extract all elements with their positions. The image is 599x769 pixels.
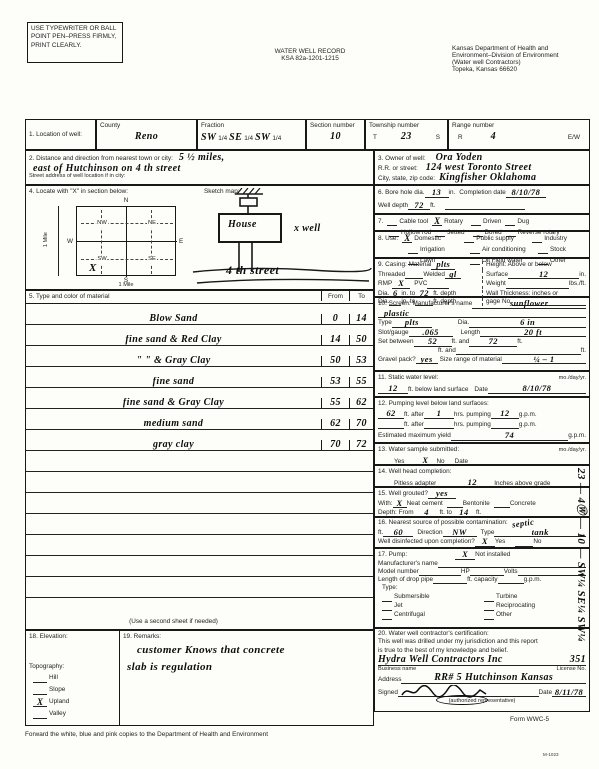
material-footnote-row: (Use a second sheet if needed) (26, 598, 373, 630)
s2-distance-value: 5 ½ miles, (179, 153, 225, 163)
material-desc: medium sand (26, 419, 321, 429)
range-r: R (458, 134, 463, 142)
material-row-empty (26, 514, 373, 535)
grid-dash (81, 259, 173, 260)
screen-mfg-value2: plastic (378, 309, 508, 319)
gravel-value: yes (416, 355, 438, 365)
checkbox-stock (538, 245, 548, 254)
license-label: License No. (556, 666, 586, 673)
margin-legal-description: 23 — 4Ⓦ — 10 — SW¼ SE¼ SW¼ (575, 468, 586, 642)
s6-in: in. (449, 189, 456, 197)
address-label: Address (378, 676, 401, 684)
option-label: Valley (49, 710, 66, 718)
date-label: Date (474, 386, 488, 394)
checkbox-upland: X (33, 698, 47, 707)
s11-label: 11. Static water level: (378, 374, 438, 382)
section-5-material-table: 5. Type and color of material From To Bl… (25, 290, 374, 630)
mile-bottom-label: 1 Mile (70, 282, 182, 289)
checkbox-domestic: X (402, 234, 412, 243)
option-label: Jet (394, 602, 480, 610)
material-row: gray clay7072 (26, 430, 373, 451)
mile-left-label: 1 Mile (43, 232, 50, 247)
disinfected-label: Well disinfected upon completion? (378, 538, 475, 546)
contamination-distance-value: 60 (383, 528, 413, 538)
county-value: Reno (100, 132, 193, 142)
checkbox-irrigation (408, 245, 418, 254)
s5-note: (Use a second sheet if needed) (26, 618, 321, 630)
print-code: M-1023 (543, 752, 559, 757)
gravel-label: Gravel pack? (378, 356, 416, 364)
license-value: 351 (570, 655, 586, 665)
agency-line: Topeka, Kansas 66620 (452, 66, 559, 73)
s3-label: 3. Owner of well: (378, 155, 426, 163)
bore-dia-value: 13 (425, 188, 449, 198)
static-level-value: 12 (378, 384, 408, 394)
checkbox-other-pump (484, 611, 494, 620)
max-yield-value: 74 (451, 431, 568, 441)
option-label: Driven (483, 218, 501, 226)
instruction-line: POINT PEN–PRESS FIRMLY, (31, 33, 119, 41)
option-label: Irrigation (420, 246, 466, 254)
cell-township: Township number T 23 S (365, 119, 448, 150)
with-label: With: (378, 500, 393, 508)
pump-type-label: Type: (382, 584, 586, 592)
business-name-value: Hydra Well Contractors Inc (378, 655, 503, 665)
well-depth-label: Well depth (378, 202, 408, 210)
mile-scale-vertical (58, 206, 59, 276)
welded-value: gl (445, 270, 461, 280)
material-desc: " " & Gray Clay (26, 356, 321, 366)
section-8-use: 8. Use: XDomestic Public supply Industry… (374, 231, 590, 258)
below-label: ft. below land surface (408, 386, 468, 394)
section-13-water-sample: 13. Water sample submitted:mo./day/yr. Y… (374, 443, 590, 465)
blank-line (378, 428, 404, 429)
ft-label: ft. (517, 338, 522, 346)
s2-label: 2. Distance and direction from nearest t… (29, 155, 173, 163)
section-9-casing: 9. Casing: Materialplts Height: Above or… (374, 258, 590, 297)
section-grid: NW NE SW SE X (76, 206, 176, 276)
checkbox-slope (33, 686, 47, 695)
option-label: Reciprocating (496, 602, 535, 610)
compass-n: N (76, 197, 176, 205)
remarks-line1: customer Knows that concrete (137, 645, 370, 656)
ft-label: ft. (581, 347, 586, 355)
material-row: medium sand6270 (26, 409, 373, 430)
township-s: S (436, 134, 440, 142)
completion-date-value: 8/10/78 (506, 188, 546, 198)
range-label: Range number (452, 122, 586, 130)
blank-line (506, 288, 569, 289)
from-header: From (321, 291, 349, 301)
s8-label: 8. Use: (378, 235, 398, 243)
to-header: To (349, 291, 373, 301)
compass-e: E (179, 238, 183, 246)
agency-block: Kansas Department of Health and Environm… (452, 45, 559, 73)
address-value: RR# 5 Hutchinson Kansas (401, 673, 586, 684)
option-label: Rotary (444, 218, 463, 226)
ftand-label: ft. and (452, 338, 470, 346)
screen-mfg-value: sunflower (472, 299, 586, 309)
s9-label: 9. Casing: (378, 261, 407, 269)
option-label: Public supply (476, 235, 528, 243)
well-depth-value: 72 (408, 201, 430, 211)
sketch-map-drawing (191, 188, 373, 284)
after-label: ft. after (404, 411, 424, 419)
quarter-label: 1/4 (272, 135, 281, 143)
fraction-label: Fraction (201, 122, 302, 130)
certification-date-value: 8/11/78 (552, 688, 586, 698)
agency-line: Environment–Division of Environment (452, 52, 559, 59)
yes-label: Yes (495, 538, 505, 546)
drop-pipe-label: Length of drop pipe (378, 576, 433, 584)
form-statute: KSA 82a-1201-1215 (225, 55, 395, 62)
checkbox-submersible (382, 593, 392, 602)
section-18-elevation: 18. Elevation: Topography: Hill Slope XU… (25, 630, 120, 726)
material-to: 72 (349, 440, 373, 450)
material-from: 0 (321, 314, 349, 324)
option-label: Slope (49, 686, 65, 694)
material-row: Blow Sand014 (26, 304, 373, 325)
county-label: County (100, 122, 193, 130)
form-number: Form WWC-5 (510, 716, 549, 723)
dia-label: Dia. (458, 319, 469, 327)
city-value: Kingfisher Oklahoma (439, 173, 536, 183)
s12-label: 12. Pumping level below land surfaces: (378, 400, 586, 408)
s1-label: 1. Location of well: (29, 131, 82, 138)
instruction-line: USE TYPEWRITER OR BALL (31, 25, 119, 33)
mdy-label: mo./day/yr. (559, 375, 586, 382)
material-row-empty (26, 451, 373, 472)
section-4-locate: 4. Locate with "X" in section below: Ske… (25, 185, 374, 290)
section-15-grouted: 15. Well grouted?yes With:XNeat cementBe… (374, 487, 590, 517)
material-to: 53 (349, 356, 373, 366)
s9-in: in. (579, 271, 586, 279)
material-row-empty (26, 556, 373, 577)
agency-line: (Water well Contractors) (452, 59, 559, 66)
material-desc: gray clay (26, 440, 321, 450)
option-label: Industry (544, 235, 567, 243)
pumping-label: hrs. pumping (454, 411, 491, 419)
remarks-line2: slab is regulation (127, 662, 370, 673)
section-3-owner: 3. Owner of well:Ora Yoden R.R. or stree… (374, 150, 590, 185)
blank-line (515, 546, 533, 547)
quad-se: SE (147, 256, 157, 264)
hp-label: HP (461, 568, 470, 576)
checkbox-rotary: X (432, 217, 442, 226)
no-label: No (533, 538, 541, 546)
quad-nw: NW (96, 220, 108, 228)
sketch-house-label: House (228, 220, 257, 230)
date-label: Date (539, 689, 553, 697)
material-row: fine sand5355 (26, 367, 373, 388)
material-to: 62 (349, 398, 373, 408)
type-label: Type (378, 319, 392, 327)
grouted-value: yes (428, 489, 456, 499)
quad-sw: SW (96, 256, 107, 264)
material-row: " " & Gray Clay5053 (26, 346, 373, 367)
s6-ft: ft. (430, 202, 435, 210)
s3-rr-label: R.R. or street: (378, 165, 418, 173)
pumping-gpm-value: 12 (491, 409, 519, 419)
range-value: 4 (491, 132, 496, 142)
sketch-well-label: x well (294, 224, 321, 234)
section-number-label: Section number (310, 122, 361, 130)
s7-number: 7. (378, 218, 383, 226)
option-label: Centrifugal (394, 611, 480, 619)
pump-mfg-label: Manufacturer's name (378, 560, 438, 568)
checkbox-driven (471, 217, 481, 226)
material-to: 70 (349, 419, 373, 429)
section-7-drill-method: 7. Cable tool XRotary Driven Dug Hollow … (374, 214, 590, 231)
section-17-pump: 17. Pump:XNot installed Manufacturer's n… (374, 548, 590, 628)
option-label: Upland (49, 698, 69, 706)
s20-body1: This well was drilled under my jurisdict… (378, 638, 586, 646)
material-from: 62 (321, 419, 349, 429)
material-row-empty (26, 493, 373, 514)
option-label: Other (496, 611, 512, 619)
blank-line (424, 428, 454, 429)
concrete-label: Concrete (510, 500, 536, 508)
checkbox-reciprocating (484, 602, 494, 611)
cell-fraction: Fraction SW 1/4 SE 1/4 SW 1/4 (197, 119, 306, 150)
material-to: 50 (349, 335, 373, 345)
model-label: Model number (378, 568, 419, 576)
section-number-value: 10 (310, 132, 361, 142)
township-t: T (373, 134, 377, 142)
section-10-screen: 10. Screen: Manufacturer's namesunflower… (374, 297, 590, 371)
material-from: 53 (321, 377, 349, 387)
mdy-label: mo./day/yr. (559, 447, 586, 454)
pumping-hrs-value: 1 (424, 409, 454, 419)
option-label: Turbine (496, 593, 517, 601)
material-row-empty (26, 577, 373, 598)
material-row-empty (26, 535, 373, 556)
blank-line (433, 583, 467, 584)
s18-label: 18. Elevation: (29, 633, 116, 641)
material-label: Material (409, 261, 432, 269)
grid-dash (81, 223, 173, 224)
volts-label: Volts (504, 568, 518, 576)
s3-city-label: City, state, zip code: (378, 175, 435, 183)
checkbox-public-supply (464, 234, 474, 243)
completion-date-label: Completion date (459, 189, 506, 197)
disinfected-yes-mark: X (475, 537, 495, 547)
s5-label: 5. Type and color of material (26, 291, 321, 301)
contamination-type-value2: tank (494, 528, 586, 538)
s2-street-label: Street address of well location if in ci… (29, 173, 370, 180)
cell-section-number: Section number 10 (306, 119, 365, 150)
height-label: Height: Above or below (482, 261, 586, 269)
s13-label: 13. Water sample submitted: (378, 446, 459, 454)
slot-label: Slot/gauge (378, 329, 409, 337)
direction-value: NW (443, 528, 477, 538)
size-range-value: ¼ – 1 (502, 355, 586, 365)
blank-line (491, 428, 519, 429)
material-from: 70 (321, 440, 349, 450)
checkbox-air-conditioning (470, 245, 480, 254)
gpm-label: g.p.m. (524, 576, 542, 584)
business-name-label: Business name (378, 666, 416, 673)
section-20-certification: 20. Water well contractor's certificatio… (374, 628, 590, 712)
pumping-ft-value: 62 (378, 409, 404, 419)
fraction-q3: SW (255, 133, 270, 143)
range-ew: E/W (568, 134, 580, 142)
option-label: Dug (517, 218, 529, 226)
material-to: 14 (349, 314, 373, 324)
fraction-q1: SW (201, 133, 216, 143)
section-6-bore-hole: 6. Bore hole dia. 13 in. Completion date… (374, 185, 590, 214)
s17-label: 17. Pump: (378, 551, 407, 559)
township-value: 23 (401, 132, 412, 142)
checkbox-dug (505, 217, 515, 226)
material-to: 55 (349, 377, 373, 387)
material-from: 14 (321, 335, 349, 345)
weight-label: Weight (486, 280, 506, 288)
cell-range: Range number R 4 E/W (448, 119, 590, 150)
checkbox-valley (33, 710, 47, 719)
checkbox-cable-tool (387, 217, 397, 226)
quarter-label: 1/4 (218, 135, 227, 143)
material-desc: Blow Sand (26, 314, 321, 324)
direction-label: Direction (417, 529, 442, 537)
quarter-label: 1/4 (244, 135, 253, 143)
forward-instruction: Forward the white, blue and pink copies … (25, 731, 268, 738)
neat-cement-mark: X (393, 499, 407, 509)
checkbox-hill (33, 674, 47, 683)
pumping-label: hrs. pumping (454, 421, 491, 429)
not-installed-label: Not installed (475, 551, 510, 559)
section-2-distance: 2. Distance and direction from nearest t… (25, 150, 374, 185)
checkbox-centrifugal (382, 611, 392, 620)
sketch-street-label: 4 th street (226, 264, 279, 276)
material-row: fine sand & Gray Clay5562 (26, 388, 373, 409)
option-label: Domestic (414, 235, 460, 243)
s4-label: 4. Locate with "X" in section below: (29, 188, 128, 195)
material-row: fine sand & Red Clay1450 (26, 325, 373, 346)
rmp-label: RMP (378, 280, 392, 288)
s20-label: 20. Water well contractor's certificatio… (378, 630, 586, 638)
set1-value: 52 (414, 337, 452, 347)
blank-line (498, 583, 524, 584)
cell-county: County Reno (96, 119, 197, 150)
checkbox-turbine (484, 593, 494, 602)
lbs-label: lbs./ft. (569, 280, 586, 288)
capacity-label: ft. capacity (467, 576, 498, 584)
authorized-line: (authorized representative) (378, 697, 586, 705)
gpm-label: g.p.m. (568, 432, 586, 440)
option-label: Air conditioning (482, 246, 534, 254)
ftand-label: ft. and (438, 347, 456, 355)
s19-label: 19. Remarks: (123, 633, 370, 641)
material-from: 55 (321, 398, 349, 408)
set2-value: 72 (469, 337, 517, 347)
section-11-static-level: 11. Static water level:mo./day/yr. 12ft.… (374, 371, 590, 397)
township-label: Township number (369, 122, 444, 130)
static-date-value: 8/10/78 (488, 384, 586, 394)
surface-value: 12 (508, 270, 579, 280)
material-from: 50 (321, 356, 349, 366)
length-label: Length (461, 329, 481, 337)
grid-mid-horizontal (77, 241, 177, 242)
form-title: WATER WELL RECORD (225, 48, 395, 55)
material-desc: fine sand & Gray Clay (26, 398, 321, 408)
set-between-label: Set between (378, 338, 414, 346)
s6-label: 6. Bore hole dia. (378, 189, 425, 197)
after-label: ft. after (404, 421, 424, 429)
location-x-mark: X (89, 263, 97, 274)
option-label: Submersible (394, 593, 480, 601)
max-yield-label: Estimated maximum yield (378, 432, 451, 440)
section-14-well-head: 14. Well head completion: Pitless adapte… (374, 465, 590, 487)
not-installed-mark: X (455, 550, 475, 560)
quad-ne: NE (147, 220, 157, 228)
gpm-label: g.p.m. (519, 421, 537, 429)
fraction-q2: SE (229, 133, 242, 143)
checkbox-industry (532, 234, 542, 243)
gpm-label: g.p.m. (519, 411, 537, 419)
option-label: Hill (49, 674, 58, 682)
compass-w: W (67, 238, 73, 246)
size-range-label: Size range of material (440, 356, 502, 364)
blank-line (494, 507, 510, 508)
water-well-record-form: USE TYPEWRITER OR BALL POINT PEN–PRESS F… (0, 0, 599, 769)
material-desc: fine sand (26, 377, 321, 387)
topography-label: Topography: (29, 663, 116, 671)
surface-label: Surface (486, 271, 508, 279)
agency-line: Kansas Department of Health and (452, 45, 559, 52)
section-12-pumping-level: 12. Pumping level below land surfaces: 6… (374, 397, 590, 443)
section-19-remarks: 19. Remarks: customer Knows that concret… (119, 630, 374, 726)
checkbox-jet (382, 602, 392, 611)
material-desc: fine sand & Red Clay (26, 335, 321, 345)
blank-line (445, 209, 525, 210)
s14-label: 14. Well head completion: (378, 468, 586, 476)
welded-label: Welded (423, 271, 445, 279)
signed-label: Signed (378, 689, 398, 697)
option-label: Cable tool (399, 218, 428, 226)
form-title-block: WATER WELL RECORD KSA 82a-1201-1215 (225, 48, 395, 62)
instruction-line: PRINT CLEARLY. (31, 42, 119, 50)
cell-location-label: 1. Location of well: (25, 119, 96, 150)
material-row-empty (26, 472, 373, 493)
instruction-box: USE TYPEWRITER OR BALL POINT PEN–PRESS F… (27, 22, 123, 63)
section-16-contamination: 16. Nearest source of possible contamina… (374, 517, 590, 548)
option-label: Stock (550, 246, 566, 254)
